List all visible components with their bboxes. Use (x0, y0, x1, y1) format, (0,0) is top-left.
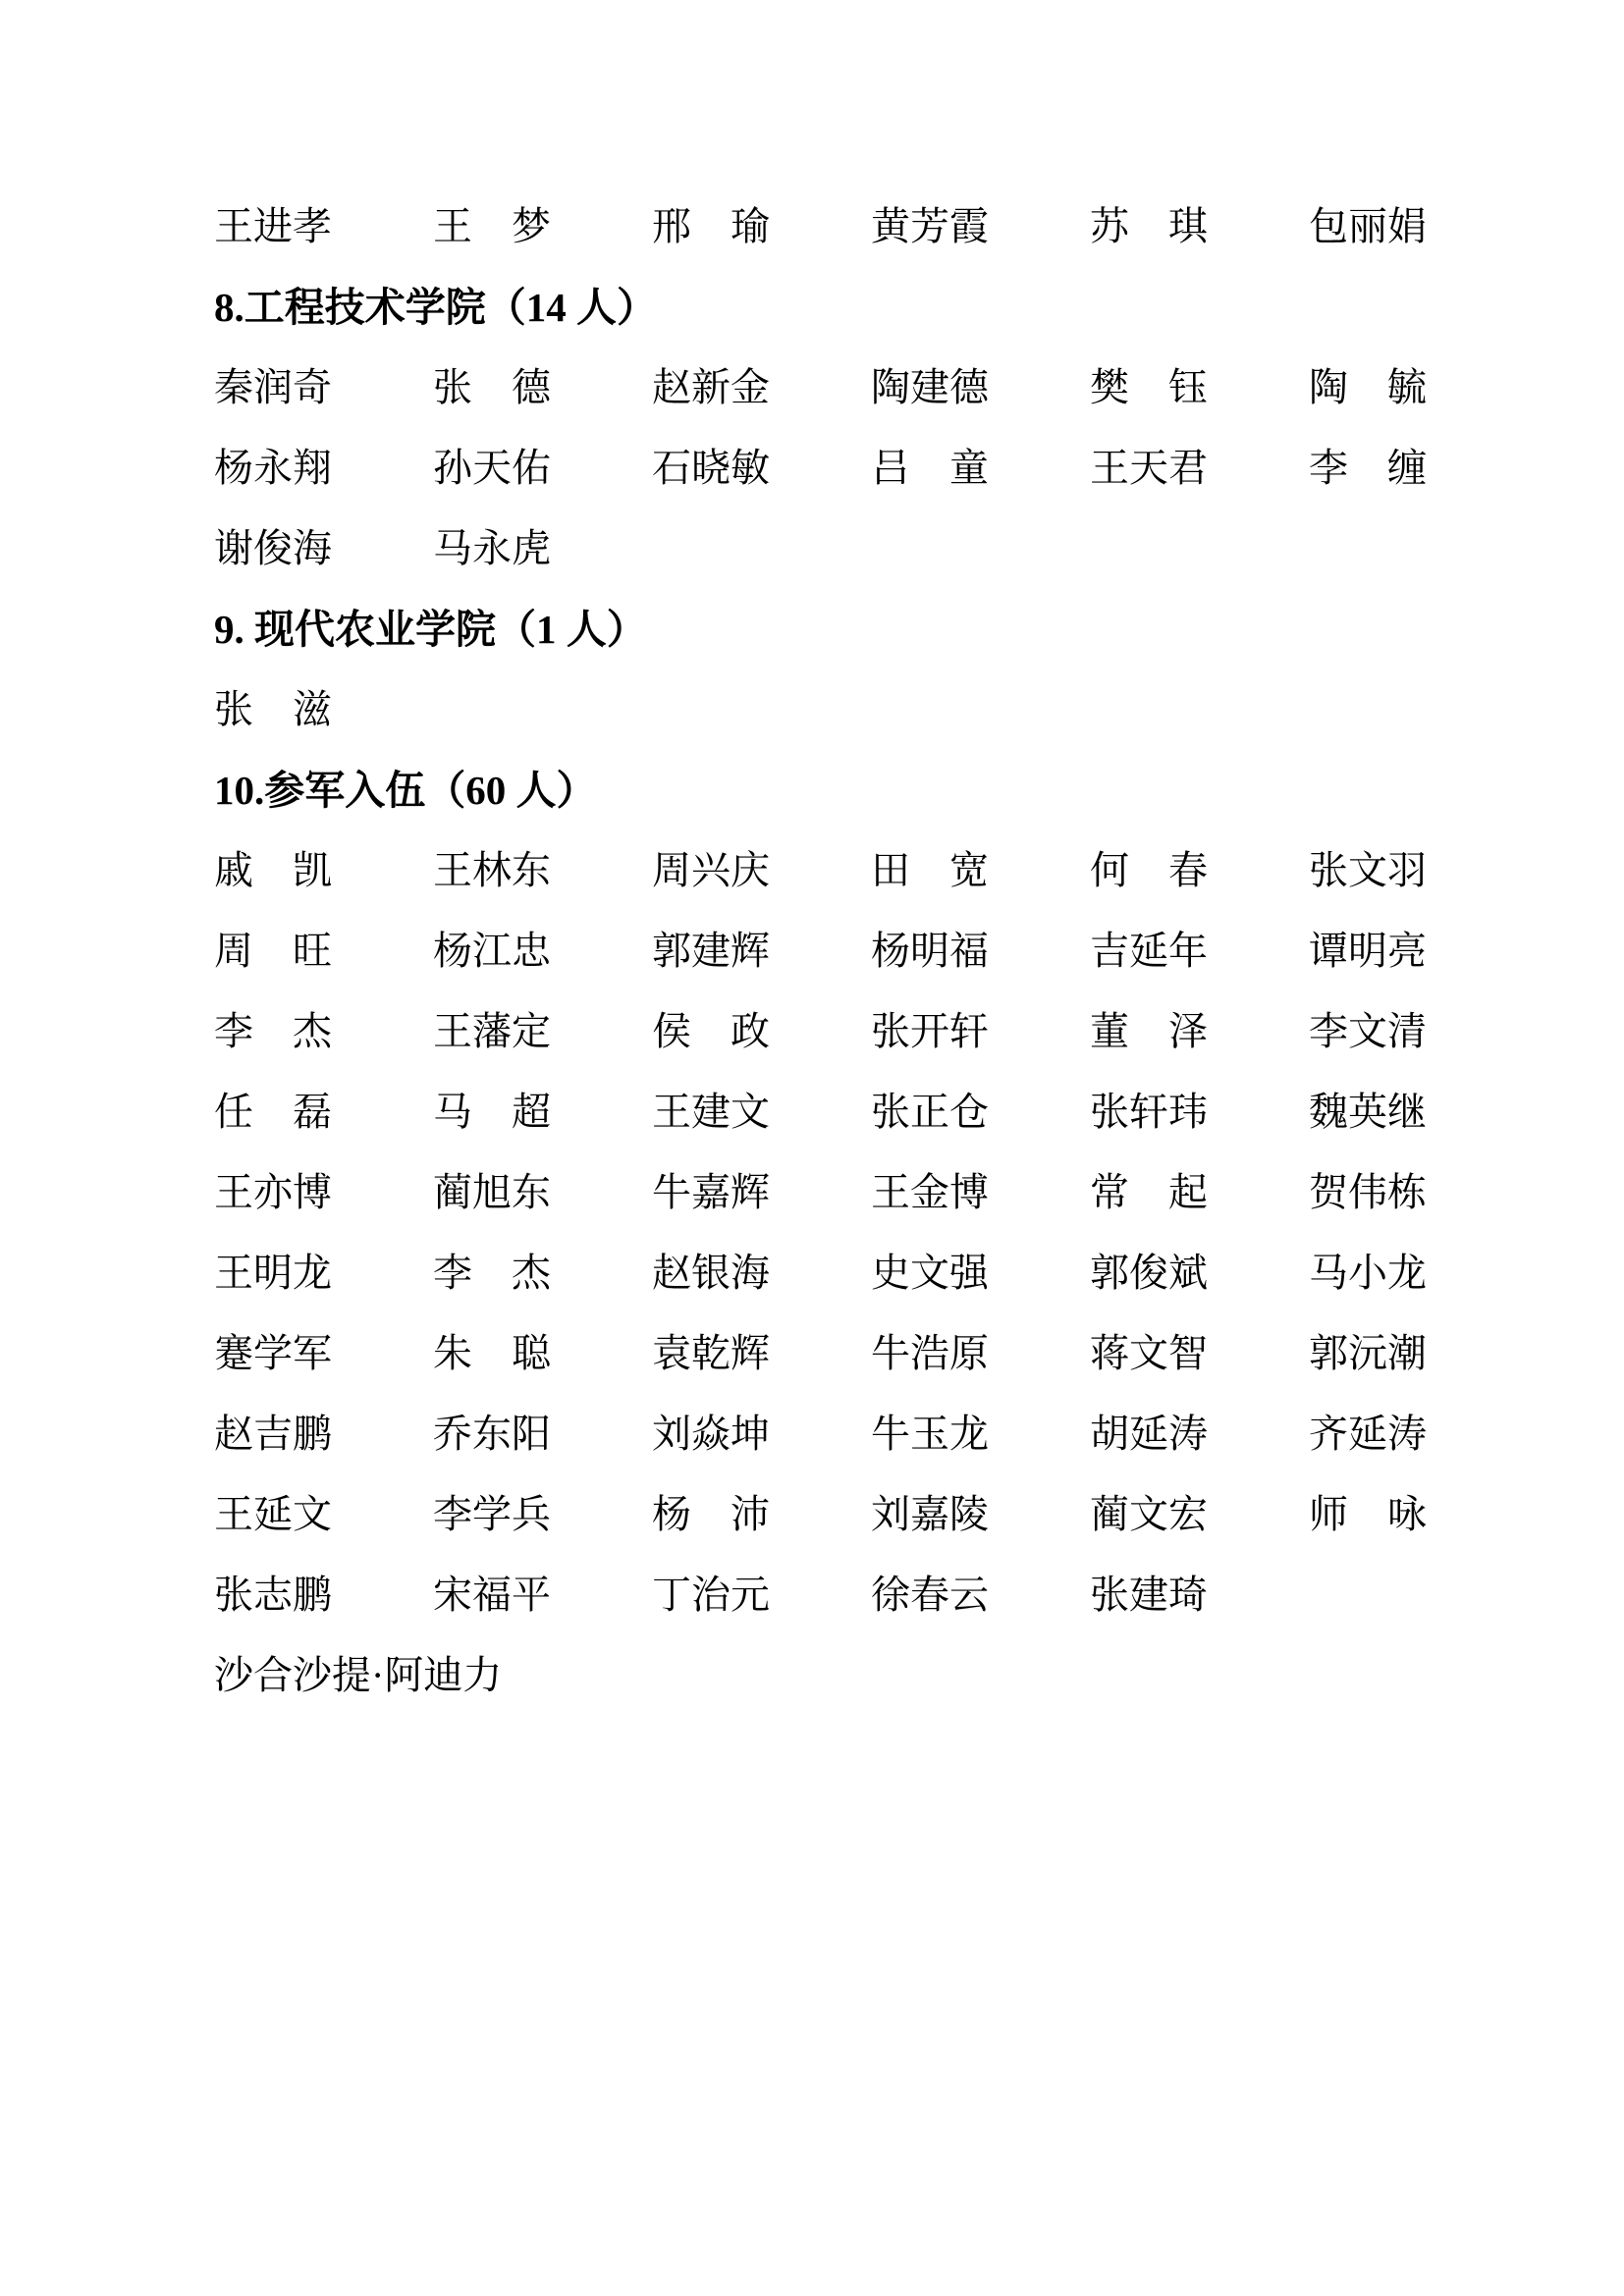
person-name: 王金博 (871, 1152, 989, 1233)
person-name: 杨明福 (871, 911, 989, 991)
person-name: 徐春云 (871, 1555, 989, 1635)
person-name: 牛嘉辉 (652, 1152, 770, 1233)
name-row: 谢俊海 马永虎 (214, 508, 1432, 589)
name-row: 王亦博 蔺旭东 牛嘉辉 王金博 常 起 贺伟栋 (214, 1152, 1432, 1233)
name-row: 李 杰 王藩定 侯 政 张开轩 董 泽 李文清 (214, 991, 1432, 1072)
person-name: 秦润奇 (214, 347, 332, 428)
document-page: 王进孝 王 梦 邢 瑜 黄芳霞 苏 琪 包丽娟 8.工程技术学院（14 人） 秦… (0, 0, 1624, 2296)
name-row: 杨永翔 孙天佑 石晓敏 吕 童 王天君 李 缠 (214, 428, 1432, 508)
name-row: 张 滋 (214, 669, 1432, 750)
person-name: 邢 瑜 (652, 187, 770, 267)
person-name: 郭沅潮 (1309, 1313, 1427, 1394)
name-row: 王延文 李学兵 杨 沛 刘嘉陵 蔺文宏 师 咏 (214, 1474, 1432, 1555)
person-name: 孙天佑 (433, 428, 551, 508)
person-name: 王延文 (214, 1474, 332, 1555)
person-name: 袁乾辉 (652, 1313, 770, 1394)
name-row: 张志鹏 宋福平 丁治元 徐春云 张建琦 (214, 1555, 1432, 1635)
person-name: 王天君 (1090, 428, 1208, 508)
person-name: 常 起 (1090, 1152, 1208, 1233)
person-name: 樊 钰 (1090, 347, 1208, 428)
person-name: 谢俊海 (214, 508, 332, 589)
person-name: 蔺旭东 (433, 1152, 551, 1233)
person-name: 田 宽 (871, 830, 989, 911)
person-name: 宋福平 (433, 1555, 551, 1635)
person-name: 丁治元 (652, 1555, 770, 1635)
person-name: 杨永翔 (214, 428, 332, 508)
person-name: 谭明亮 (1309, 911, 1427, 991)
section-heading: 8.工程技术学院（14 人） (214, 267, 1432, 347)
person-name: 刘嘉陵 (871, 1474, 989, 1555)
name-row: 戚 凯 王林东 周兴庆 田 宽 何 春 张文羽 (214, 830, 1432, 911)
person-name: 何 春 (1090, 830, 1208, 911)
person-name: 刘焱坤 (652, 1394, 770, 1474)
person-name: 吉延年 (1090, 911, 1208, 991)
section-heading: 9. 现代农业学院（1 人） (214, 589, 1432, 669)
person-name: 杨江忠 (433, 911, 551, 991)
person-name: 张建琦 (1090, 1555, 1208, 1635)
person-name: 王明龙 (214, 1233, 332, 1313)
person-name: 郭建辉 (652, 911, 770, 991)
section-heading: 10.参军入伍（60 人） (214, 750, 1432, 830)
person-name: 马 超 (433, 1072, 551, 1152)
person-name: 苏 琪 (1090, 187, 1208, 267)
person-name: 赵新金 (652, 347, 770, 428)
person-name: 牛玉龙 (871, 1394, 989, 1474)
person-name: 马永虎 (433, 508, 551, 589)
person-name: 陶 毓 (1309, 347, 1427, 428)
person-name: 乔东阳 (433, 1394, 551, 1474)
person-name: 齐延涛 (1309, 1394, 1427, 1474)
person-name: 吕 童 (871, 428, 989, 508)
person-name: 张志鹏 (214, 1555, 332, 1635)
person-name: 赵吉鹏 (214, 1394, 332, 1474)
person-name: 李 杰 (433, 1233, 551, 1313)
person-name: 赵银海 (652, 1233, 770, 1313)
person-name: 张 德 (433, 347, 551, 428)
name-row: 周 旺 杨江忠 郭建辉 杨明福 吉延年 谭明亮 (214, 911, 1432, 991)
person-name: 沙合沙提·阿迪力 (214, 1635, 502, 1716)
name-row: 王明龙 李 杰 赵银海 史文强 郭俊斌 马小龙 (214, 1233, 1432, 1313)
person-name: 张开轩 (871, 991, 989, 1072)
person-name: 侯 政 (652, 991, 770, 1072)
person-name: 马小龙 (1309, 1233, 1427, 1313)
text-block: 王进孝 王 梦 邢 瑜 黄芳霞 苏 琪 包丽娟 8.工程技术学院（14 人） 秦… (214, 187, 1432, 1716)
person-name: 王亦博 (214, 1152, 332, 1233)
person-name: 张 滋 (214, 669, 332, 750)
person-name: 张文羽 (1309, 830, 1427, 911)
person-name: 张轩玮 (1090, 1072, 1208, 1152)
person-name: 杨 沛 (652, 1474, 770, 1555)
name-row: 王进孝 王 梦 邢 瑜 黄芳霞 苏 琪 包丽娟 (214, 187, 1432, 267)
person-name: 王建文 (652, 1072, 770, 1152)
person-name: 蹇学军 (214, 1313, 332, 1394)
person-name: 郭俊斌 (1090, 1233, 1208, 1313)
person-name: 石晓敏 (652, 428, 770, 508)
person-name: 李学兵 (433, 1474, 551, 1555)
person-name: 任 磊 (214, 1072, 332, 1152)
person-name: 胡延涛 (1090, 1394, 1208, 1474)
person-name: 蔺文宏 (1090, 1474, 1208, 1555)
person-name: 李文清 (1309, 991, 1427, 1072)
person-name: 黄芳霞 (871, 187, 989, 267)
name-row: 沙合沙提·阿迪力 (214, 1635, 1432, 1716)
person-name: 朱 聪 (433, 1313, 551, 1394)
person-name: 李 缠 (1309, 428, 1427, 508)
person-name: 周 旺 (214, 911, 332, 991)
person-name: 蒋文智 (1090, 1313, 1208, 1394)
person-name: 李 杰 (214, 991, 332, 1072)
person-name: 史文强 (871, 1233, 989, 1313)
person-name: 王林东 (433, 830, 551, 911)
person-name: 王藩定 (433, 991, 551, 1072)
person-name: 师 咏 (1309, 1474, 1427, 1555)
person-name: 周兴庆 (652, 830, 770, 911)
person-name: 贺伟栋 (1309, 1152, 1427, 1233)
name-row: 任 磊 马 超 王建文 张正仓 张轩玮 魏英继 (214, 1072, 1432, 1152)
person-name: 牛浩原 (871, 1313, 989, 1394)
person-name: 陶建德 (871, 347, 989, 428)
person-name: 包丽娟 (1309, 187, 1427, 267)
person-name: 戚 凯 (214, 830, 332, 911)
person-name: 王进孝 (214, 187, 332, 267)
person-name: 王 梦 (433, 187, 551, 267)
name-row: 蹇学军 朱 聪 袁乾辉 牛浩原 蒋文智 郭沅潮 (214, 1313, 1432, 1394)
person-name: 张正仓 (871, 1072, 989, 1152)
person-name: 董 泽 (1090, 991, 1208, 1072)
name-row: 赵吉鹏 乔东阳 刘焱坤 牛玉龙 胡延涛 齐延涛 (214, 1394, 1432, 1474)
name-row: 秦润奇 张 德 赵新金 陶建德 樊 钰 陶 毓 (214, 347, 1432, 428)
person-name: 魏英继 (1309, 1072, 1427, 1152)
